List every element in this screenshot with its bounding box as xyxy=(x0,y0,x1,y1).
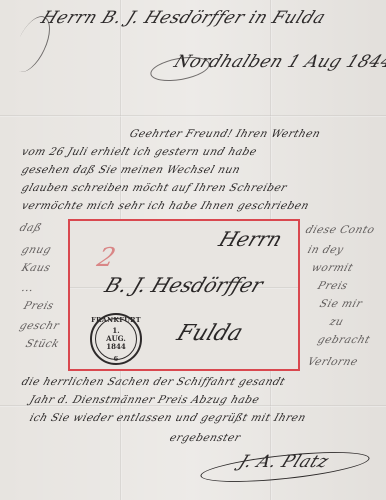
margin-fragment: diese Conto xyxy=(304,224,376,236)
highlight-box-address-panel: 2 Herrn B. J. Hesdörffer Fulda FRANKFURT… xyxy=(68,219,300,371)
address-name: B. J. Hesdörffer xyxy=(102,273,267,297)
margin-fragment: Verlorne xyxy=(306,356,359,368)
margin-fragment: wormit xyxy=(310,262,355,274)
postmark-city: FRANKFURT xyxy=(91,316,141,324)
postmark-stamp: FRANKFURT 1. AUG. 1844 6 xyxy=(90,313,142,365)
margin-fragment: geschr xyxy=(18,320,61,332)
dateline-flourish xyxy=(149,53,212,85)
margin-fragment: ... xyxy=(20,282,35,294)
body-line: gesehen daß Sie meinen Wechsel nun xyxy=(20,164,242,176)
address-salutation: Herrn xyxy=(216,227,286,251)
body-line: Geehrter Freund! Ihren Werthen xyxy=(128,128,322,140)
margin-fragment: Stück xyxy=(24,338,61,350)
postmark-month: AUG. xyxy=(106,335,126,343)
margin-fragment: zu xyxy=(328,316,345,328)
margin-fragment: Sie mir xyxy=(318,298,364,310)
body-line: vom 26 Juli erhielt ich gestern und habe xyxy=(20,146,258,158)
letter-addressee-line: Herrn B. J. Hesdörffer in Fulda xyxy=(38,8,329,28)
margin-fragment: in dey xyxy=(306,244,345,256)
body-line: die herrlichen Sachen der Schiffahrt ges… xyxy=(20,376,287,388)
body-line: Jahr d. Dienstmänner Preis Abzug habe xyxy=(28,394,261,406)
postmark-number: 6 xyxy=(114,355,119,363)
signature: J. A. Platz xyxy=(236,452,332,472)
postmark-year: 1844 xyxy=(106,343,125,351)
margin-fragment: gebracht xyxy=(316,334,372,346)
letter-sheet: Herrn B. J. Hesdörffer in Fulda Nordhalb… xyxy=(0,0,386,500)
margin-fragment: daß xyxy=(18,222,43,234)
body-line: ergebenster xyxy=(168,432,242,444)
margin-fragment: Preis xyxy=(22,300,55,312)
margin-fragment: gnug xyxy=(20,244,53,256)
red-postage-mark: 2 xyxy=(94,243,119,273)
body-line: vermöchte mich sehr ich habe Ihnen gesch… xyxy=(20,200,311,212)
body-line: glauben schreiben möcht auf Ihren Schrei… xyxy=(20,182,289,194)
address-city: Fulda xyxy=(173,321,246,346)
fold-line-horizontal-top xyxy=(0,115,386,117)
margin-fragment: Preis xyxy=(316,280,349,292)
margin-fragment: Kaus xyxy=(20,262,52,274)
postmark-day: 1. xyxy=(112,327,119,335)
body-line: ich Sie wieder entlassen und gegrüßt mit… xyxy=(28,412,307,424)
